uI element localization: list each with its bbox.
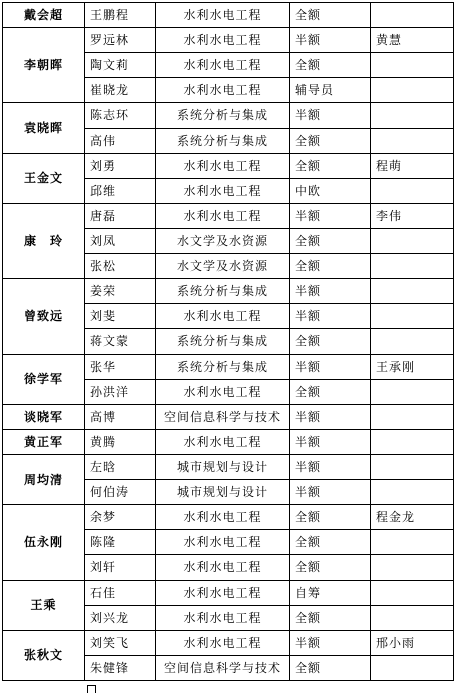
- table-body: 戴会超王鹏程水利水电工程全额李朝晖罗远林水利水电工程半额黄慧陶文莉水利水电工程全…: [3, 3, 454, 681]
- secondary-name-cell: [371, 379, 454, 404]
- secondary-name-cell: [371, 178, 454, 203]
- secondary-name-cell: 程金龙: [371, 505, 454, 530]
- advisor-name-cell: 徐学军: [3, 354, 85, 404]
- major-cell: 水利水电工程: [156, 505, 290, 530]
- funding-cell: 自筹: [290, 580, 371, 605]
- funding-cell: 全额: [290, 379, 371, 404]
- major-cell: 水利水电工程: [156, 580, 290, 605]
- major-cell: 系统分析与集成: [156, 128, 290, 153]
- major-cell: 水利水电工程: [156, 3, 290, 28]
- major-cell: 水利水电工程: [156, 555, 290, 580]
- funding-cell: 全额: [290, 254, 371, 279]
- secondary-name-cell: [371, 429, 454, 454]
- secondary-name-cell: 黄慧: [371, 28, 454, 53]
- funding-cell: 全额: [290, 329, 371, 354]
- advisor-name-cell: 王乘: [3, 580, 85, 630]
- advisor-name-cell: 王金文: [3, 153, 85, 203]
- student-name-cell: 石佳: [85, 580, 156, 605]
- funding-cell: 全额: [290, 655, 371, 680]
- major-cell: 水利水电工程: [156, 78, 290, 103]
- student-name-cell: 张松: [85, 254, 156, 279]
- student-name-cell: 左晗: [85, 454, 156, 479]
- table-row: 王金文刘勇水利水电工程全额程萌: [3, 153, 454, 178]
- student-name-cell: 陶文莉: [85, 53, 156, 78]
- table-row: 王乘石佳水利水电工程自筹: [3, 580, 454, 605]
- table-row: 袁晓晖陈志环系统分析与集成半额: [3, 103, 454, 128]
- table-row: 曾致远姜荣系统分析与集成半额: [3, 279, 454, 304]
- major-cell: 水利水电工程: [156, 379, 290, 404]
- major-cell: 水利水电工程: [156, 605, 290, 630]
- secondary-name-cell: [371, 555, 454, 580]
- student-name-cell: 高伟: [85, 128, 156, 153]
- student-name-cell: 孙洪洋: [85, 379, 156, 404]
- funding-cell: 半额: [290, 354, 371, 379]
- secondary-name-cell: [371, 78, 454, 103]
- secondary-name-cell: [371, 228, 454, 253]
- secondary-name-cell: [371, 53, 454, 78]
- secondary-name-cell: 程萌: [371, 153, 454, 178]
- major-cell: 系统分析与集成: [156, 354, 290, 379]
- funding-cell: 半额: [290, 630, 371, 655]
- funding-cell: 半额: [290, 480, 371, 505]
- secondary-name-cell: [371, 530, 454, 555]
- student-name-cell: 刘勇: [85, 153, 156, 178]
- major-cell: 水利水电工程: [156, 429, 290, 454]
- secondary-name-cell: 李伟: [371, 203, 454, 228]
- major-cell: 空间信息科学与技术: [156, 655, 290, 680]
- advisor-name-cell: 张秋文: [3, 630, 85, 680]
- student-name-cell: 高博: [85, 404, 156, 429]
- major-cell: 城市规划与设计: [156, 480, 290, 505]
- student-name-cell: 邱维: [85, 178, 156, 203]
- funding-cell: 半额: [290, 454, 371, 479]
- student-name-cell: 罗远林: [85, 28, 156, 53]
- student-name-cell: 何伯涛: [85, 480, 156, 505]
- student-name-cell: 唐磊: [85, 203, 156, 228]
- table-row: 伍永刚余梦水利水电工程全额程金龙: [3, 505, 454, 530]
- funding-cell: 半额: [290, 103, 371, 128]
- major-cell: 水文学及水资源: [156, 228, 290, 253]
- student-name-cell: 余梦: [85, 505, 156, 530]
- student-name-cell: 刘斐: [85, 304, 156, 329]
- advisor-name-cell: 曾致远: [3, 279, 85, 354]
- advisor-name-cell: 袁晓晖: [3, 103, 85, 153]
- major-cell: 水利水电工程: [156, 530, 290, 555]
- secondary-name-cell: 王承刚: [371, 354, 454, 379]
- advisor-name-cell: 伍永刚: [3, 505, 85, 580]
- student-name-cell: 刘兴龙: [85, 605, 156, 630]
- student-name-cell: 陈志环: [85, 103, 156, 128]
- advisor-name-cell: 李朝晖: [3, 28, 85, 103]
- funding-cell: 全额: [290, 53, 371, 78]
- table-row: 徐学军张华系统分析与集成半额王承刚: [3, 354, 454, 379]
- major-cell: 水利水电工程: [156, 153, 290, 178]
- empty-paragraph-box: [87, 685, 96, 693]
- advisor-name-cell: 康 玲: [3, 203, 85, 278]
- funding-cell: 半额: [290, 279, 371, 304]
- table-row: 李朝晖罗远林水利水电工程半额黄慧: [3, 28, 454, 53]
- major-cell: 空间信息科学与技术: [156, 404, 290, 429]
- secondary-name-cell: [371, 605, 454, 630]
- table-row: 戴会超王鹏程水利水电工程全额: [3, 3, 454, 28]
- funding-cell: 半额: [290, 203, 371, 228]
- major-cell: 系统分析与集成: [156, 103, 290, 128]
- major-cell: 水利水电工程: [156, 178, 290, 203]
- major-cell: 水利水电工程: [156, 28, 290, 53]
- secondary-name-cell: [371, 480, 454, 505]
- secondary-name-cell: [371, 304, 454, 329]
- funding-cell: 全额: [290, 228, 371, 253]
- funding-cell: 全额: [290, 153, 371, 178]
- funding-cell: 半额: [290, 304, 371, 329]
- secondary-name-cell: 邢小雨: [371, 630, 454, 655]
- student-name-cell: 姜荣: [85, 279, 156, 304]
- secondary-name-cell: [371, 3, 454, 28]
- secondary-name-cell: [371, 103, 454, 128]
- student-name-cell: 黄腾: [85, 429, 156, 454]
- student-name-cell: 蒋文蒙: [85, 329, 156, 354]
- advisor-name-cell: 戴会超: [3, 3, 85, 28]
- secondary-name-cell: [371, 128, 454, 153]
- student-name-cell: 崔晓龙: [85, 78, 156, 103]
- advisor-name-cell: 黄正军: [3, 429, 85, 454]
- major-cell: 水文学及水资源: [156, 254, 290, 279]
- student-name-cell: 张华: [85, 354, 156, 379]
- secondary-name-cell: [371, 329, 454, 354]
- table-row: 谈晓军高博空间信息科学与技术半额: [3, 404, 454, 429]
- secondary-name-cell: [371, 404, 454, 429]
- secondary-name-cell: [371, 279, 454, 304]
- funding-cell: 中欧: [290, 178, 371, 203]
- secondary-name-cell: [371, 580, 454, 605]
- table-row: 黄正军黄腾水利水电工程半额: [3, 429, 454, 454]
- secondary-name-cell: [371, 655, 454, 680]
- student-name-cell: 刘凤: [85, 228, 156, 253]
- funding-cell: 全额: [290, 555, 371, 580]
- major-cell: 水利水电工程: [156, 203, 290, 228]
- funding-cell: 全额: [290, 605, 371, 630]
- funding-cell: 半额: [290, 28, 371, 53]
- major-cell: 系统分析与集成: [156, 329, 290, 354]
- student-name-cell: 刘轩: [85, 555, 156, 580]
- major-cell: 水利水电工程: [156, 53, 290, 78]
- advisor-name-cell: 周均清: [3, 454, 85, 504]
- major-cell: 城市规划与设计: [156, 454, 290, 479]
- student-name-cell: 王鹏程: [85, 3, 156, 28]
- funding-cell: 全额: [290, 3, 371, 28]
- funding-cell: 全额: [290, 505, 371, 530]
- major-cell: 水利水电工程: [156, 304, 290, 329]
- table-row: 周均清左晗城市规划与设计半额: [3, 454, 454, 479]
- advisor-student-table: 戴会超王鹏程水利水电工程全额李朝晖罗远林水利水电工程半额黄慧陶文莉水利水电工程全…: [2, 2, 454, 681]
- major-cell: 水利水电工程: [156, 630, 290, 655]
- student-name-cell: 朱健锋: [85, 655, 156, 680]
- funding-cell: 全额: [290, 128, 371, 153]
- table-row: 康 玲唐磊水利水电工程半额李伟: [3, 203, 454, 228]
- table-row: 张秋文刘笑飞水利水电工程半额邢小雨: [3, 630, 454, 655]
- student-name-cell: 陈隆: [85, 530, 156, 555]
- funding-cell: 半额: [290, 429, 371, 454]
- funding-cell: 半额: [290, 404, 371, 429]
- advisor-name-cell: 谈晓军: [3, 404, 85, 429]
- student-name-cell: 刘笑飞: [85, 630, 156, 655]
- secondary-name-cell: [371, 454, 454, 479]
- funding-cell: 辅导员: [290, 78, 371, 103]
- major-cell: 系统分析与集成: [156, 279, 290, 304]
- secondary-name-cell: [371, 254, 454, 279]
- funding-cell: 全额: [290, 530, 371, 555]
